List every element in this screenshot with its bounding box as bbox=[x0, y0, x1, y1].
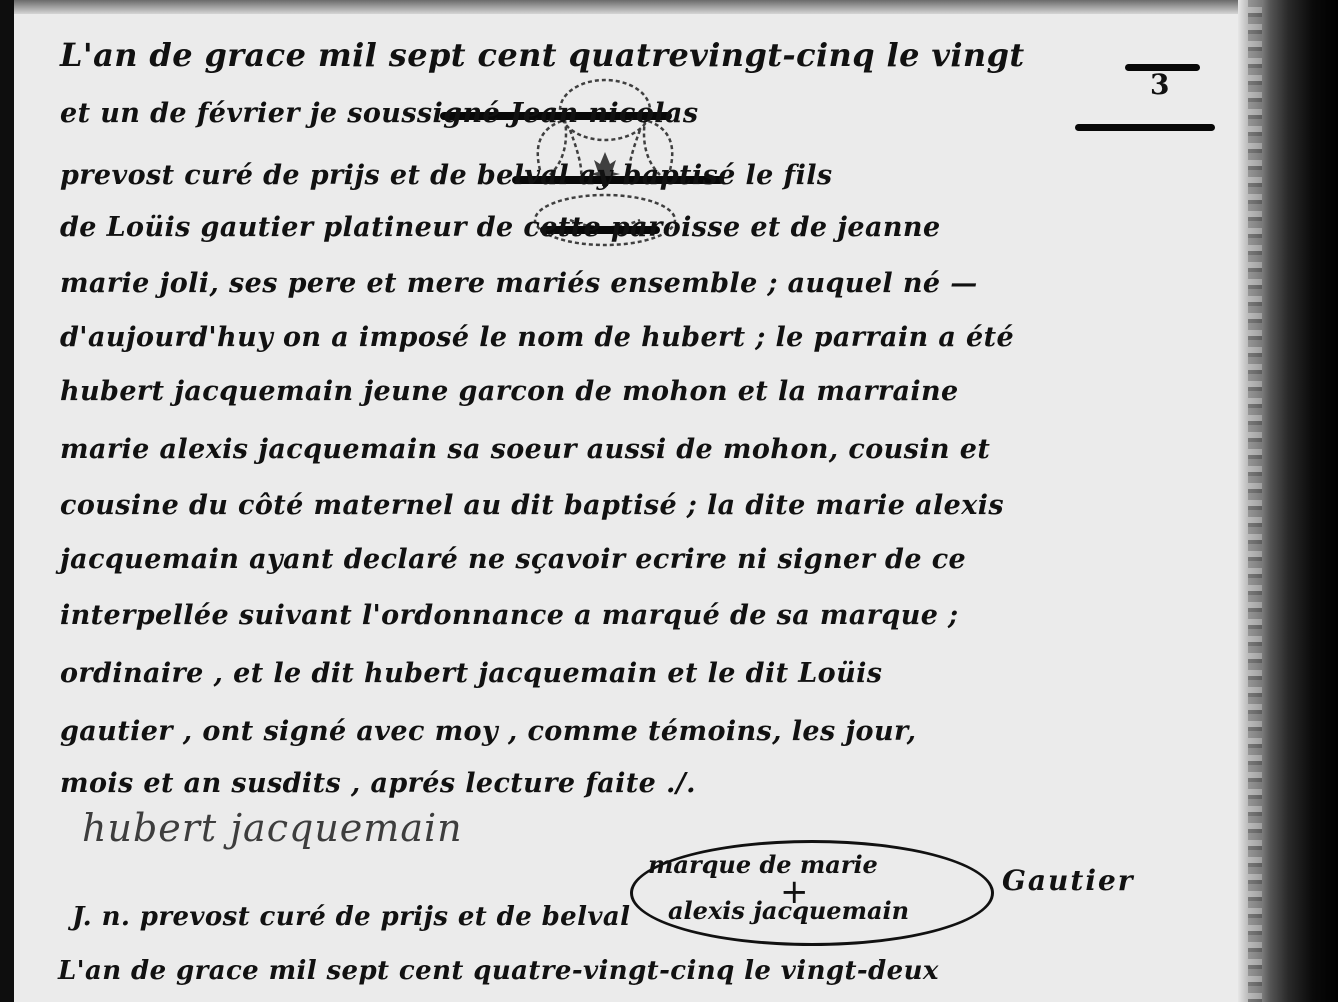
cross-mark-icon: + bbox=[780, 872, 809, 912]
text-line-2: et un de février je soussigné Jean nicol… bbox=[60, 98, 698, 129]
text-line-1: L'an de grace mil sept cent quatrevingt-… bbox=[60, 36, 1025, 74]
page-top-edge bbox=[14, 0, 1254, 14]
margin-flourish: 3 bbox=[1150, 68, 1169, 101]
text-line-12: ordinaire , et le dit hubert jacquemain … bbox=[60, 658, 882, 689]
text-line-10: jacquemain ayant declaré ne sçavoir ecri… bbox=[60, 544, 966, 575]
signature-gautier: Gautier bbox=[1002, 864, 1135, 897]
text-line-6: d'aujourd'huy on a imposé le nom de hube… bbox=[60, 322, 1014, 353]
text-line-5: marie joli, ses pere et mere mariés ense… bbox=[60, 268, 978, 299]
text-line-8: marie alexis jacquemain sa soeur aussi d… bbox=[60, 434, 990, 465]
signature-priest: J. n. prevost curé de prijs et de belval bbox=[72, 902, 630, 932]
text-line-14: mois et an susdits , aprés lecture faite… bbox=[60, 768, 696, 799]
margin-strike-mid bbox=[1075, 124, 1215, 131]
signature-hubert-jacquemain: hubert jacquemain bbox=[82, 806, 463, 850]
godmother-mark-text-1: marque de marie bbox=[648, 850, 878, 879]
text-line-3: prevost curé de prijs et de belval ay ba… bbox=[60, 160, 832, 191]
text-line-11: interpellée suivant l'ordonnance a marqu… bbox=[60, 600, 958, 631]
page-left-edge bbox=[0, 0, 14, 1002]
text-line-9: cousine du côté maternel au dit baptisé … bbox=[60, 490, 1004, 521]
text-line-4: de Loüis gautier platineur de cette paro… bbox=[60, 212, 941, 243]
page-binding-edge bbox=[1238, 0, 1338, 1002]
text-line-7: hubert jacquemain jeune garcon de mohon … bbox=[60, 376, 959, 407]
next-entry-first-line: L'an de grace mil sept cent quatre-vingt… bbox=[58, 956, 939, 986]
register-page: 3 L'an de grace mil sept cent quatreving… bbox=[0, 0, 1338, 1002]
text-line-13: gautier , ont signé avec moy , comme tém… bbox=[60, 716, 916, 747]
